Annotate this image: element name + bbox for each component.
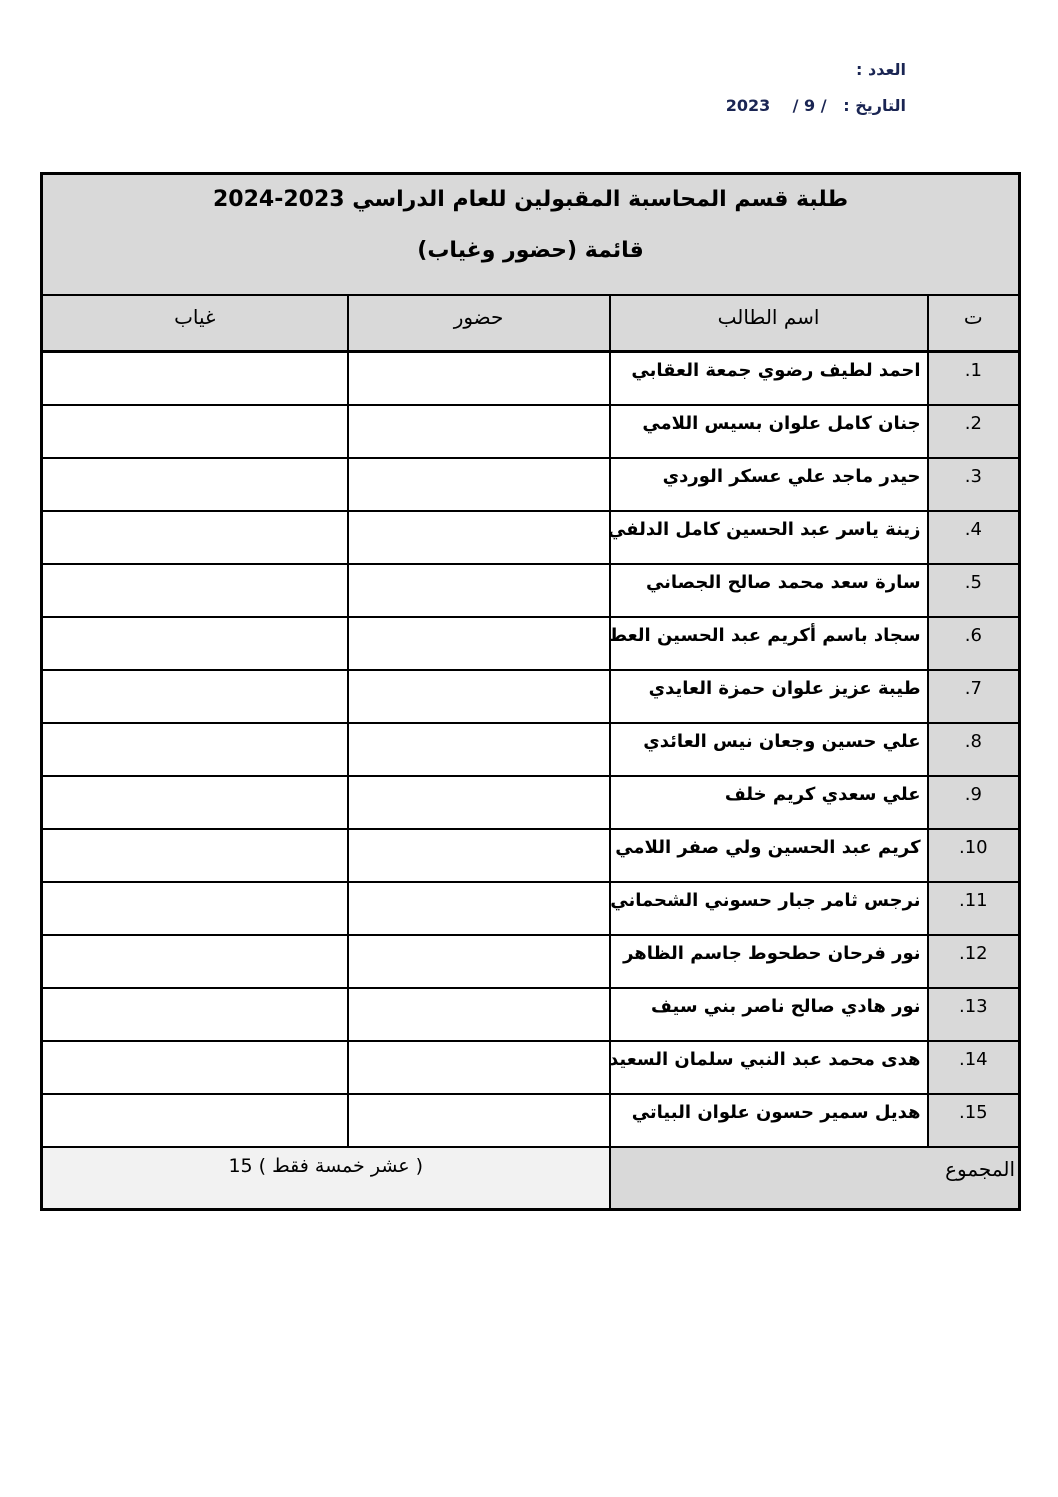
column-header-name: اسم الطالب — [610, 295, 928, 352]
present-cell — [348, 1041, 610, 1094]
date-label: التاريخ : / 9 / 2023 — [726, 96, 906, 115]
student-name-cell: احمد لطيف رضوي جمعة العقابي — [610, 352, 928, 405]
absent-cell — [42, 723, 348, 776]
present-cell — [348, 1094, 610, 1147]
student-name-cell: سجاد باسم أكريم عبد الحسين العطافي — [610, 617, 928, 670]
absent-cell — [42, 1094, 348, 1147]
admin-header: العدد : التاريخ : / 9 / 2023 — [726, 60, 906, 115]
row-number-cell: 6. — [928, 617, 1020, 670]
table-subtitle: قائمة (حضور وغياب) — [43, 238, 1018, 263]
present-cell — [348, 829, 610, 882]
absent-cell — [42, 405, 348, 458]
present-cell — [348, 352, 610, 405]
document-page: العدد : التاريخ : / 9 / 2023 طلبة قسم ال… — [0, 0, 1058, 1497]
student-name-cell: هديل سمير حسون علوان البياتي — [610, 1094, 928, 1147]
absent-cell — [42, 564, 348, 617]
table-row: 13. نور هادي صالح ناصر بني سيف — [42, 988, 1020, 1041]
table-row: 14. هدى محمد عبد النبي سلمان السعيدي — [42, 1041, 1020, 1094]
student-name-cell: هدى محمد عبد النبي سلمان السعيدي — [610, 1041, 928, 1094]
student-name-cell: سارة سعد محمد صالح الجصاني — [610, 564, 928, 617]
total-value-cell: 15 ( فقط خمسة عشر ) — [42, 1147, 610, 1210]
row-number-cell: 14. — [928, 1041, 1020, 1094]
title-row: طلبة قسم المحاسبة المقبولين للعام الدراس… — [42, 174, 1020, 295]
column-header-present: حضور — [348, 295, 610, 352]
student-name-cell: طيبة عزيز علوان حمزة العايدي — [610, 670, 928, 723]
total-value: 15 ( فقط خمسة عشر ) — [228, 1155, 423, 1177]
present-cell — [348, 882, 610, 935]
header-row: ت اسم الطالب حضور غياب — [42, 295, 1020, 352]
table-row: 4. زينة ياسر عبد الحسين كامل الدلفي — [42, 511, 1020, 564]
table-row: 6. سجاد باسم أكريم عبد الحسين العطافي — [42, 617, 1020, 670]
present-cell — [348, 617, 610, 670]
row-number-cell: 10. — [928, 829, 1020, 882]
present-cell — [348, 405, 610, 458]
absent-cell — [42, 617, 348, 670]
row-number-cell: 11. — [928, 882, 1020, 935]
absent-cell — [42, 352, 348, 405]
absent-cell — [42, 776, 348, 829]
row-number-cell: 2. — [928, 405, 1020, 458]
present-cell — [348, 458, 610, 511]
absent-cell — [42, 935, 348, 988]
column-header-index: ت — [928, 295, 1020, 352]
row-number-cell: 7. — [928, 670, 1020, 723]
row-number-cell: 9. — [928, 776, 1020, 829]
student-name-cell: نور هادي صالح ناصر بني سيف — [610, 988, 928, 1041]
row-number-cell: 5. — [928, 564, 1020, 617]
table-row: 9. علي سعدي كريم خلف — [42, 776, 1020, 829]
student-name-cell: جنان كامل علوان بسيس اللامي — [610, 405, 928, 458]
table-row: 2. جنان كامل علوان بسيس اللامي — [42, 405, 1020, 458]
present-cell — [348, 935, 610, 988]
table-title-cell: طلبة قسم المحاسبة المقبولين للعام الدراس… — [42, 174, 1020, 295]
present-cell — [348, 776, 610, 829]
absent-cell — [42, 511, 348, 564]
table-row: 8. علي حسين وجعان نيس العائدي — [42, 723, 1020, 776]
table-row: 12. نور فرحان حطحوط جاسم الظاهر — [42, 935, 1020, 988]
absent-cell — [42, 1041, 348, 1094]
table-row: 11. نرجس ثامر جبار حسوني الشحماني — [42, 882, 1020, 935]
row-number-cell: 12. — [928, 935, 1020, 988]
table-row: 5. سارة سعد محمد صالح الجصاني — [42, 564, 1020, 617]
row-number-cell: 13. — [928, 988, 1020, 1041]
absent-cell — [42, 988, 348, 1041]
present-cell — [348, 723, 610, 776]
student-name-cell: نور فرحان حطحوط جاسم الظاهر — [610, 935, 928, 988]
table-row: 3. حيدر ماجد علي عسكر الوردي — [42, 458, 1020, 511]
absent-cell — [42, 670, 348, 723]
row-number-cell: 3. — [928, 458, 1020, 511]
table-row: 1. احمد لطيف رضوي جمعة العقابي — [42, 352, 1020, 405]
row-number-cell: 15. — [928, 1094, 1020, 1147]
attendance-table: طلبة قسم المحاسبة المقبولين للعام الدراس… — [40, 172, 1021, 1211]
student-name-cell: كريم عبد الحسين ولي صفر اللامي — [610, 829, 928, 882]
number-label: العدد : — [726, 60, 906, 79]
student-name-cell: علي حسين وجعان نيس العائدي — [610, 723, 928, 776]
row-number-cell: 8. — [928, 723, 1020, 776]
student-name-cell: نرجس ثامر جبار حسوني الشحماني — [610, 882, 928, 935]
total-label-cell: المجموع — [610, 1147, 1020, 1210]
absent-cell — [42, 829, 348, 882]
table-row: 15. هديل سمير حسون علوان البياتي — [42, 1094, 1020, 1147]
student-name-cell: علي سعدي كريم خلف — [610, 776, 928, 829]
absent-cell — [42, 882, 348, 935]
present-cell — [348, 988, 610, 1041]
row-number-cell: 1. — [928, 352, 1020, 405]
present-cell — [348, 670, 610, 723]
absent-cell — [42, 458, 348, 511]
student-name-cell: زينة ياسر عبد الحسين كامل الدلفي — [610, 511, 928, 564]
present-cell — [348, 564, 610, 617]
table-row: 10. كريم عبد الحسين ولي صفر اللامي — [42, 829, 1020, 882]
total-row: المجموع 15 ( فقط خمسة عشر ) — [42, 1147, 1020, 1210]
row-number-cell: 4. — [928, 511, 1020, 564]
table-title: طلبة قسم المحاسبة المقبولين للعام الدراس… — [43, 187, 1018, 212]
student-name-cell: حيدر ماجد علي عسكر الوردي — [610, 458, 928, 511]
present-cell — [348, 511, 610, 564]
table-row: 7. طيبة عزيز علوان حمزة العايدي — [42, 670, 1020, 723]
column-header-absent: غياب — [42, 295, 348, 352]
